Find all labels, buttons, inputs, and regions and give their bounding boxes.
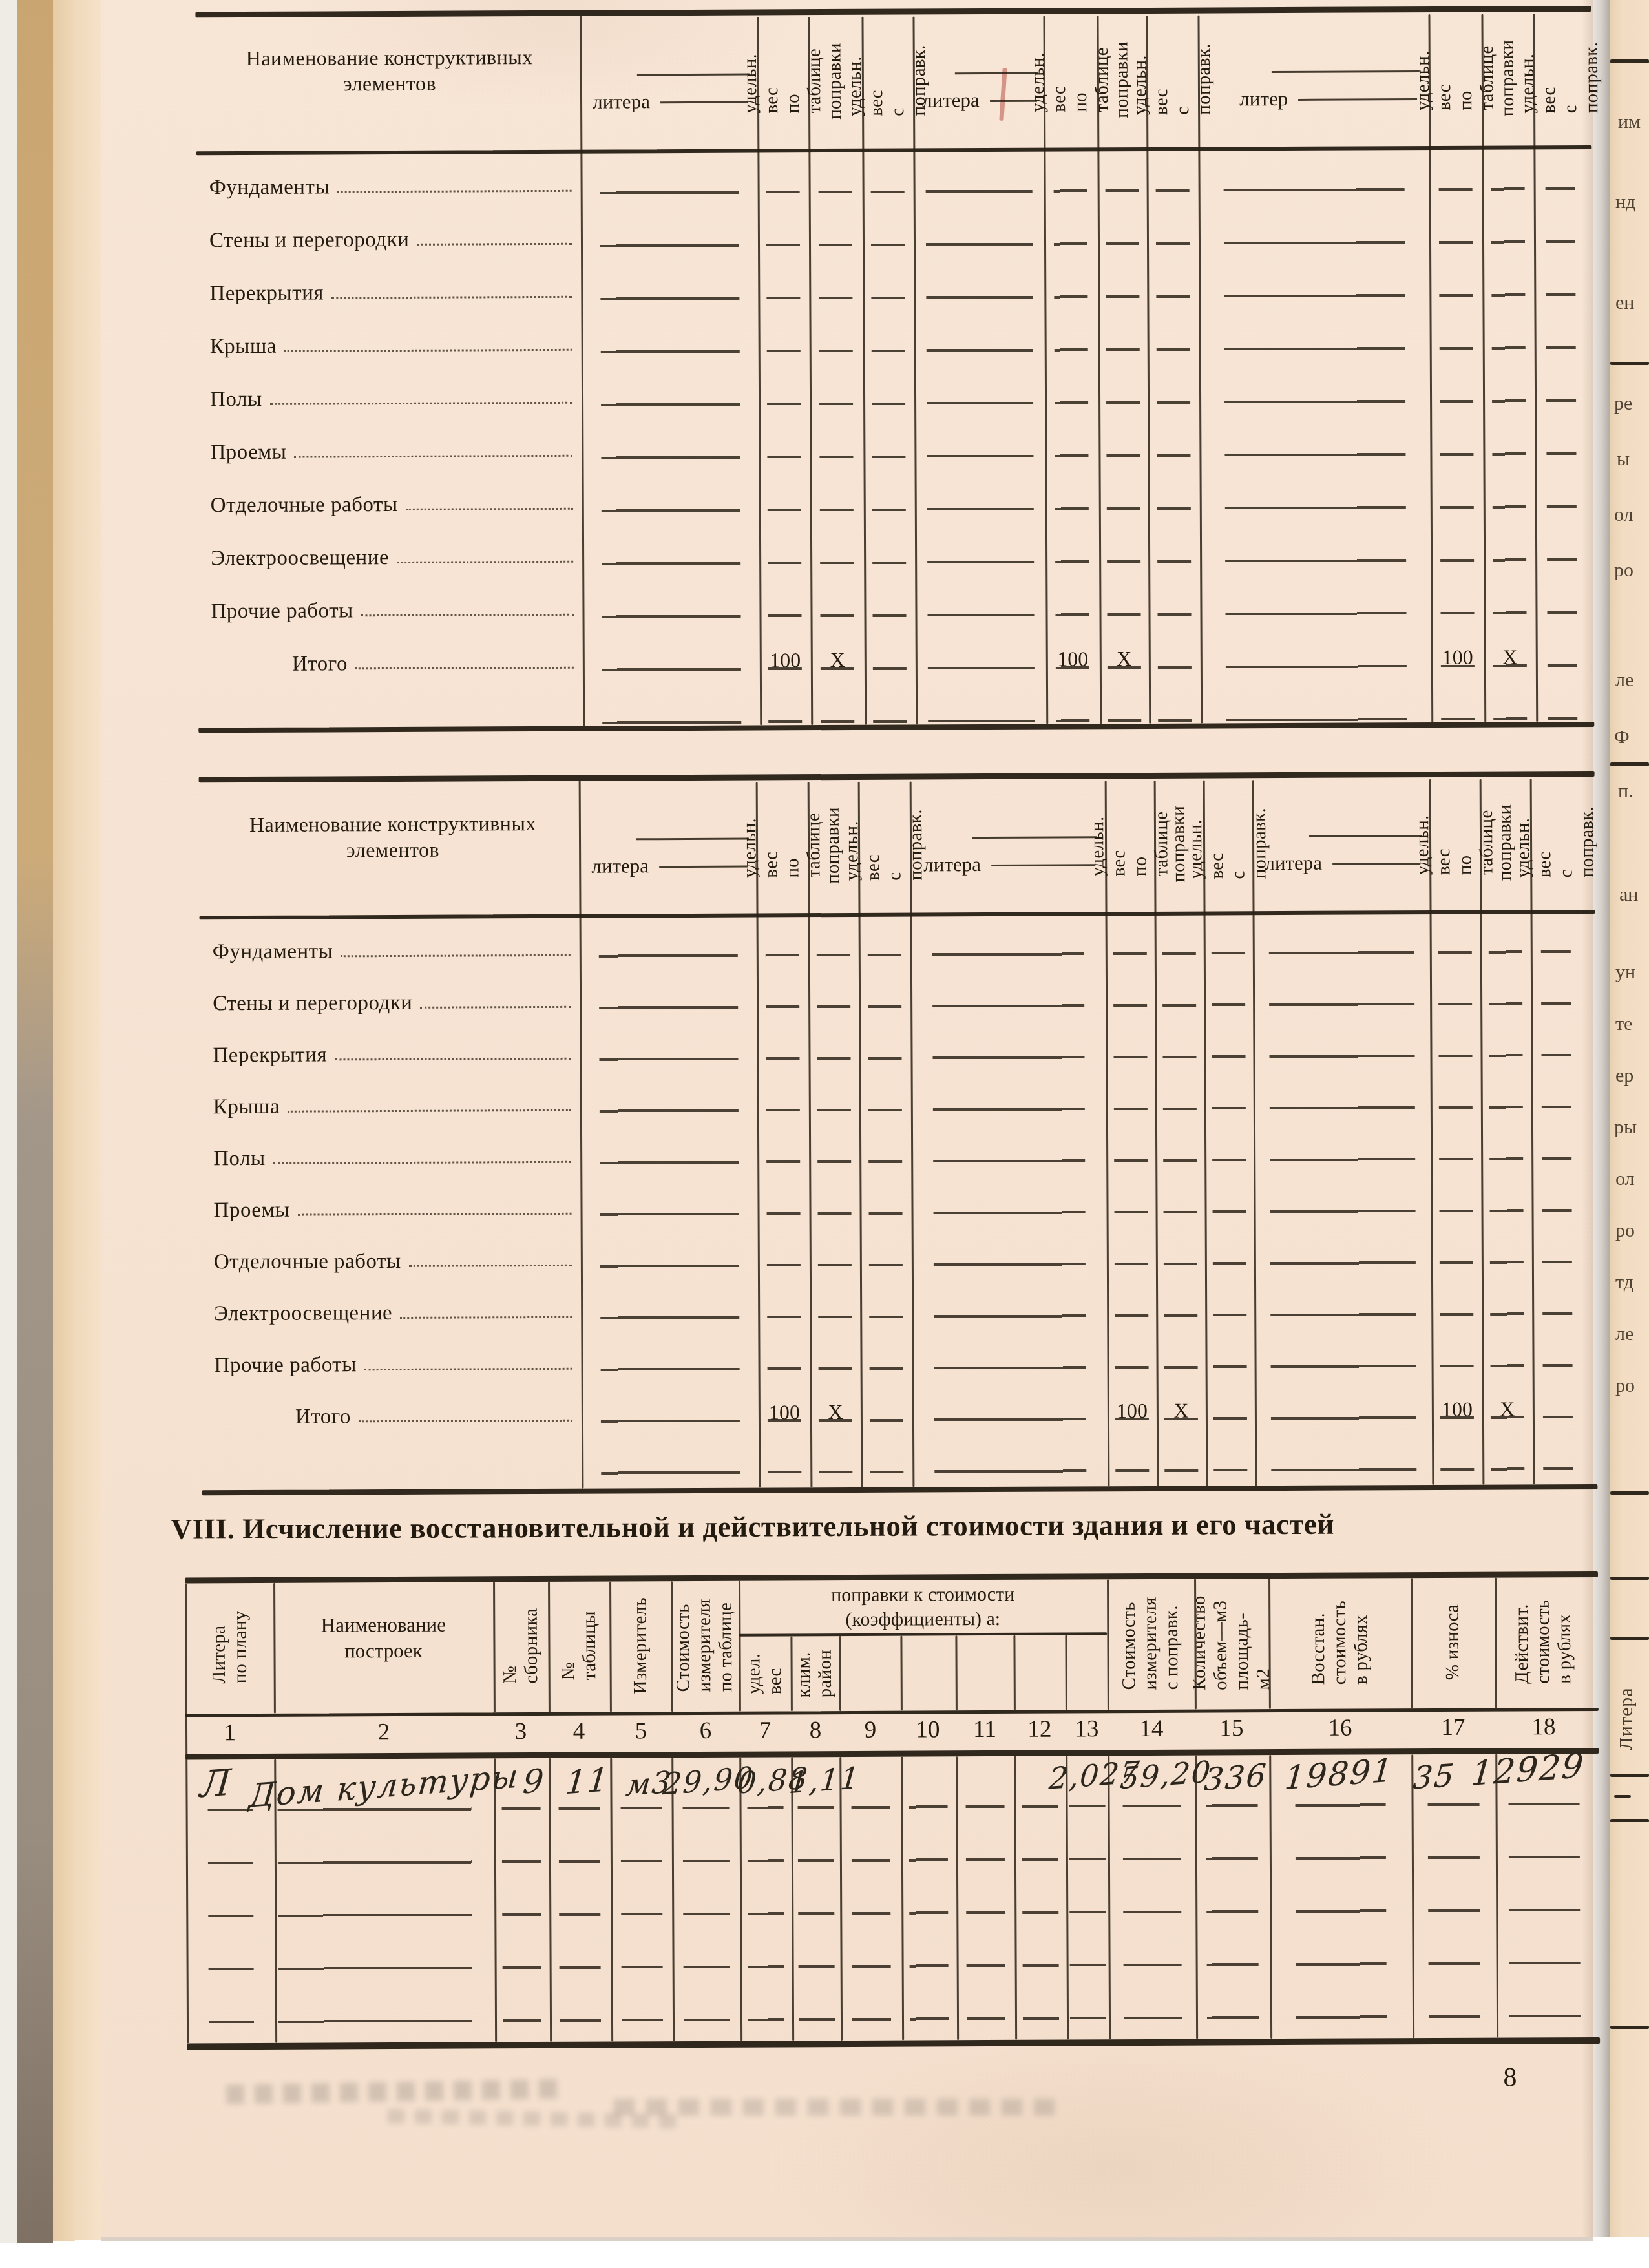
page-edge-text-fragment: Ф — [1614, 726, 1630, 748]
write-in-dashes — [909, 1756, 949, 2040]
write-in-dashes — [1022, 1756, 1059, 2040]
column-line — [494, 1758, 497, 2042]
dotted-leader — [361, 614, 574, 616]
page-edge-text-fragment: п. — [1618, 781, 1633, 803]
total-x: X — [810, 1384, 861, 1431]
column-number: 10 — [905, 1716, 951, 1743]
write-in-dashes — [1545, 151, 1577, 722]
row-label: Проемы — [210, 441, 286, 473]
write-in-dashes — [600, 155, 741, 726]
column-number: 1 — [207, 1719, 253, 1747]
col18-header: Действит. стоимость в рублях — [1495, 1577, 1592, 1706]
write-in-line — [659, 865, 748, 868]
next-page-rule — [1610, 1577, 1649, 1580]
column-line — [1065, 1635, 1067, 1710]
col16-header: Восстан. стоимость в рублях — [1268, 1578, 1411, 1706]
total-x: X — [811, 632, 865, 678]
write-in-dashes — [851, 1757, 891, 2041]
col15-header: Количество объем—м3 площадь-м2 — [1194, 1579, 1269, 1707]
col-weight-table: удельн. вес по таблице — [1105, 778, 1155, 910]
row-label: Прочие работы — [211, 599, 353, 631]
write-in-dashes — [868, 919, 904, 1487]
litera-cell: литера — [1252, 777, 1430, 910]
entry-wear-percent: 35 — [1412, 1757, 1457, 1796]
dotted-leader — [288, 1109, 571, 1113]
col-weight-corrected: удельн. вес с поправк. — [1203, 777, 1253, 909]
page-edge-text-fragment: ол — [1614, 504, 1633, 526]
row-label: Крыша — [210, 335, 277, 366]
total-x: X — [1482, 1381, 1533, 1427]
section-viii-title: VIII. Исчисление восстановительной и дей… — [171, 1506, 1554, 1546]
total-x: X — [1484, 629, 1536, 675]
page-edge-text-fragment: ле — [1615, 1323, 1633, 1345]
write-in-dashes — [1212, 917, 1248, 1486]
entry-quantity: 336 — [1203, 1757, 1268, 1798]
row-t1-2: Перекрытия — [209, 260, 574, 313]
total-label: Итого — [295, 1405, 351, 1436]
column-line — [1411, 1754, 1414, 2038]
column-line — [1195, 1756, 1198, 2039]
row-label: Стены и перегородки — [213, 991, 413, 1024]
scanned-form-page: Наименование конструктивных элементов ли… — [0, 0, 1649, 2268]
column-number: 8 — [793, 1716, 838, 1744]
write-in-dashes — [1268, 916, 1416, 1486]
row-t2-2: Перекрытия — [213, 1022, 573, 1075]
write-in-dashes — [1155, 153, 1192, 724]
column-number: 9 — [848, 1716, 893, 1744]
ruled-line — [954, 72, 1038, 75]
column-number: 17 — [1431, 1714, 1476, 1741]
col-weight-corrected: удельн. вес с поправк. — [1530, 776, 1581, 908]
column-number: 16 — [1318, 1714, 1363, 1741]
write-in-dashes — [1427, 1754, 1480, 2038]
write-in-dashes — [870, 154, 907, 725]
col1-header: Литера по плану — [186, 1583, 274, 1712]
page-edge-text-fragment: ы — [1617, 448, 1630, 470]
column-line — [610, 1758, 613, 2042]
next-page-litera-header: Литера — [1606, 1654, 1646, 1783]
row-t1-0: Фундаменты — [209, 154, 574, 207]
write-in-dashes — [1541, 916, 1573, 1484]
ruled-line — [1309, 835, 1422, 837]
write-in-dashes — [682, 1758, 730, 2041]
row-t2-6: Отделочные работы — [214, 1229, 574, 1282]
column-line — [1014, 1756, 1017, 2040]
dotted-leader — [364, 1368, 572, 1370]
next-page-rule — [1610, 362, 1649, 365]
entry-litera: Л — [198, 1761, 233, 1806]
litera-cell: литера — [580, 16, 757, 149]
write-in-dashes — [1122, 1756, 1182, 2039]
row-t1-7: Электроосвещение — [211, 525, 576, 578]
column-number: 4 — [556, 1717, 602, 1745]
column-line — [1066, 1756, 1069, 2039]
write-in-dashes — [747, 1757, 784, 2041]
col-weight-table: удельн. вес по таблице — [1429, 777, 1480, 908]
col-weight-corrected: удельн. вес с поправк. — [1146, 14, 1198, 145]
page-edge-text-fragment: ер — [1615, 1065, 1633, 1087]
table1-name-header: Наименование конструктивных элементов — [209, 44, 571, 97]
row-t1-5: Проемы — [210, 419, 575, 472]
col-weight-table: удельн. вес по таблице — [1428, 12, 1482, 144]
row-label: Полы — [210, 388, 262, 419]
write-in-dashes — [1223, 152, 1407, 723]
total-weight: 100 — [1046, 631, 1100, 677]
page-edge-text-fragment: те — [1615, 1013, 1632, 1035]
litera-cell: литера — [579, 780, 757, 913]
row-t1-6: Отделочные работы — [211, 472, 576, 525]
page-edge-text-fragment: им — [1618, 111, 1641, 133]
column-number: 12 — [1017, 1716, 1062, 1743]
next-page-rule — [1610, 59, 1649, 63]
page-edge-text-fragment: тд — [1615, 1272, 1633, 1294]
dotted-leader — [337, 190, 572, 193]
ruled-line — [636, 838, 749, 841]
dotted-leader — [409, 1265, 572, 1267]
col3-header: № сборника — [493, 1582, 549, 1710]
dotted-leader — [400, 1316, 572, 1319]
row-label: Отделочные работы — [211, 493, 398, 525]
litera-cell: литера — [912, 14, 1044, 147]
column-line — [1269, 1755, 1272, 2039]
entry-sbornik: 9 — [521, 1762, 547, 1801]
row-t2-0: Фундаменты — [213, 919, 573, 972]
total-x: X — [1100, 631, 1149, 677]
dotted-leader — [359, 1420, 572, 1422]
column-number: 6 — [683, 1717, 728, 1745]
col8-header: клим. район — [790, 1637, 839, 1710]
col-weight-corrected: удельн. вес с поправк. — [1533, 12, 1586, 143]
dotted-leader — [284, 349, 572, 352]
dotted-leader — [397, 561, 573, 563]
dotted-leader — [294, 455, 572, 458]
total-weight: 100 — [760, 632, 811, 678]
column-number: 3 — [498, 1717, 543, 1745]
col2-header: Наименование построек — [277, 1612, 490, 1664]
total-weight: 100 — [1108, 1383, 1157, 1429]
page-edge-text-fragment: ро — [1615, 1220, 1635, 1242]
total-label: Итого — [292, 652, 348, 684]
row-label: Полы — [213, 1147, 266, 1179]
column-number: 5 — [618, 1717, 664, 1745]
write-in-dashes — [965, 1756, 1005, 2040]
row-label: Фундаменты — [213, 940, 333, 972]
next-page-dash — [1614, 1795, 1631, 1798]
write-in-line — [1298, 98, 1417, 101]
col-weight-table: удельн. вес по таблице — [756, 779, 808, 911]
next-page-rule — [1610, 2026, 1649, 2029]
next-page-rule — [1610, 1774, 1649, 1777]
col7-header: удел. вес — [739, 1637, 790, 1710]
dotted-leader — [331, 296, 572, 299]
ruled-line — [972, 836, 1097, 839]
litera-label: литера — [593, 90, 650, 113]
write-in-dashes — [598, 919, 740, 1489]
page-edge-text-fragment: ро — [1615, 1375, 1635, 1397]
entry-tablitsa: 11 — [564, 1761, 611, 1802]
page-edge-text-fragment: ре — [1614, 393, 1632, 415]
write-in-dashes — [1069, 1756, 1106, 2039]
total-weight: 100 — [1431, 629, 1484, 676]
row-label: Перекрытия — [213, 1043, 327, 1075]
page-number: 8 — [1503, 2062, 1517, 2093]
liter-cell: литер — [1197, 12, 1429, 146]
row-t2-1: Стены и перегородки — [213, 971, 573, 1024]
write-in-dashes — [1508, 1754, 1581, 2037]
column-line — [549, 1758, 552, 2042]
row-t2-total: Итого — [295, 1384, 575, 1437]
column-number: 15 — [1209, 1714, 1254, 1742]
next-page-rule — [1610, 1491, 1649, 1495]
dotted-leader — [355, 667, 574, 669]
column-line — [900, 1636, 903, 1711]
column-number: 7 — [742, 1716, 788, 1744]
row-label: Отделочные работы — [214, 1250, 401, 1282]
column-line — [1495, 1754, 1498, 2038]
page-edge-text-fragment: нд — [1615, 191, 1635, 213]
row-label: Прочие работы — [214, 1353, 356, 1385]
page-edge-text-fragment: ле — [1615, 669, 1633, 691]
write-in-line — [1332, 863, 1421, 865]
page-edge-text-fragment: ен — [1615, 292, 1634, 314]
row-t2-3: Крыша — [213, 1074, 574, 1127]
column-line — [956, 1756, 959, 2040]
column-number: 13 — [1064, 1715, 1109, 1743]
row-t1-1: Стены и перегородки — [209, 207, 574, 260]
entry-cost-corrected: 59,20 — [1119, 1754, 1213, 1796]
liter-label: литер — [1239, 87, 1288, 110]
litera-cell: литера — [910, 778, 1106, 911]
table2-name-header: Наименование конструктивных элементов — [212, 810, 574, 863]
column-number: 11 — [962, 1716, 1007, 1743]
column-number: 14 — [1129, 1715, 1174, 1743]
row-t1-4: Полы — [210, 366, 575, 419]
col17-header: % износа — [1411, 1578, 1495, 1706]
litera-label: литера — [1265, 852, 1322, 875]
row-t1-3: Крыша — [209, 313, 574, 366]
dotted-leader — [341, 954, 571, 958]
dotted-leader — [406, 508, 573, 510]
col-weight-table: удельн. вес по таблице — [1043, 14, 1097, 145]
rule-line — [739, 1632, 1107, 1636]
litera-label: литера — [591, 854, 649, 877]
dotted-leader — [297, 1213, 571, 1216]
total-x: X — [1157, 1383, 1206, 1429]
total-weight: 100 — [1432, 1381, 1482, 1428]
ruled-line — [1272, 70, 1420, 73]
col6-header: Стоимость измерителя по таблице — [671, 1581, 739, 1709]
page-edge-text-fragment: ры — [1614, 1117, 1637, 1139]
row-label: Проемы — [213, 1199, 289, 1231]
col4-header: № таблицы — [548, 1582, 610, 1710]
dotted-leader — [420, 1006, 571, 1009]
write-in-dashes — [797, 1757, 835, 2041]
dotted-leader — [417, 243, 572, 246]
row-label: Перекрытия — [209, 281, 324, 313]
write-in-dashes — [1295, 1754, 1387, 2039]
column-line — [901, 1757, 904, 2041]
page-edge-text-fragment: ун — [1615, 961, 1635, 983]
column-line — [839, 1636, 841, 1711]
column-line — [1013, 1635, 1016, 1710]
row-t2-4: Полы — [213, 1126, 574, 1179]
row-label: Фундаменты — [209, 175, 330, 207]
write-in-dashes — [925, 154, 1035, 725]
row-label: Электроосвещение — [214, 1301, 392, 1334]
ruled-line — [637, 74, 750, 76]
corrections-group-header: поправки к стоимости (коэффициенты) а: — [742, 1582, 1104, 1632]
dotted-leader — [273, 1161, 571, 1164]
row-label: Крыша — [213, 1095, 280, 1127]
col-weight-corrected: удельн. вес с поправк. — [861, 14, 913, 146]
row-t1-8: Прочие работы — [211, 578, 576, 631]
row-t2-5: Проемы — [213, 1177, 574, 1230]
row-label: Электроосвещение — [211, 546, 389, 578]
write-in-line — [660, 101, 749, 103]
next-page-rule — [1610, 1637, 1649, 1640]
row-t2-8: Прочие работы — [214, 1332, 574, 1385]
row-label: Стены и перегородки — [209, 228, 410, 260]
row-t2-7: Электроосвещение — [214, 1281, 574, 1334]
dotted-leader — [270, 402, 572, 405]
next-page-rule — [1610, 762, 1649, 766]
page-edge-text-fragment: ол — [1615, 1168, 1635, 1190]
row-t1-total: Итого — [292, 631, 576, 684]
col-weight-table: удельн. вес по таблице — [757, 15, 808, 147]
next-page-rule — [1610, 1819, 1649, 1822]
column-line — [955, 1635, 958, 1710]
column-number: 2 — [361, 1718, 406, 1746]
litera-label: литера — [923, 853, 981, 876]
column-line — [1108, 1756, 1111, 2039]
column-line — [839, 1757, 843, 2041]
col-weight-corrected: удельн. вес с поправк. — [858, 779, 910, 911]
col14-header: Стоимость измерителя с поправк. — [1107, 1579, 1195, 1708]
write-in-line — [991, 864, 1095, 866]
page-edge-text-fragment: ро — [1614, 560, 1633, 582]
entry-klim-rayon: 1,11 — [788, 1760, 862, 1801]
write-in-dashes — [932, 918, 1086, 1487]
litera-label: литера — [922, 89, 980, 112]
dotted-leader — [335, 1058, 571, 1061]
page-edge-text-fragment: ан — [1619, 884, 1638, 906]
write-in-dashes — [1206, 1755, 1259, 2039]
col5-header: Измеритель — [609, 1581, 671, 1709]
printed-content: Наименование конструктивных элементов ли… — [0, 0, 1649, 2268]
total-weight: 100 — [759, 1384, 810, 1431]
column-number: 18 — [1521, 1713, 1566, 1741]
